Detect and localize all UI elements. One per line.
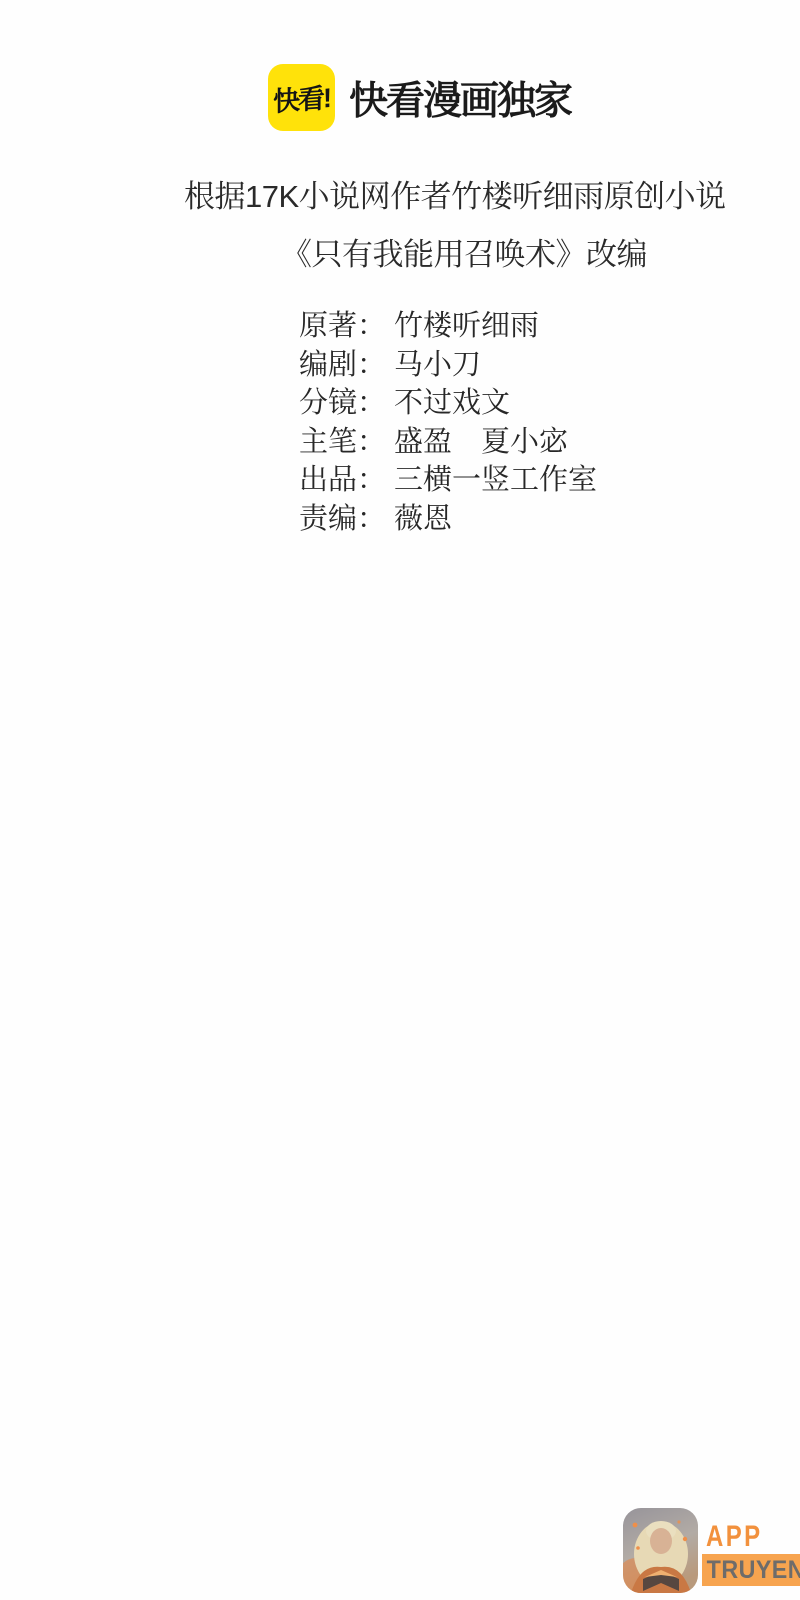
credit-value: 马小刀 [394, 342, 481, 383]
credit-label: 编剧： [299, 342, 386, 383]
credit-value: 不过戏文 [394, 380, 510, 421]
kuaikan-logo-text: 快看! [273, 76, 330, 119]
kuaikan-logo-icon: 快看! [268, 64, 335, 131]
credit-label: 分镜： [299, 380, 386, 421]
credit-value: 薇恩 [394, 496, 452, 537]
credit-row-editor: 责编： 薇恩 [299, 496, 597, 535]
credit-value: 三横一竖工作室 [394, 457, 597, 498]
credits-list: 原著： 竹楼听细雨 编剧： 马小刀 分镜： 不过戏文 主笔： 盛盈 夏小宓 出品… [299, 303, 597, 534]
watermark-app-text: APP [706, 1520, 763, 1554]
credit-label: 原著： [299, 303, 386, 344]
credit-row-original-author: 原著： 竹楼听细雨 [299, 303, 597, 342]
credit-row-storyboard: 分镜： 不过戏文 [299, 380, 597, 419]
credit-label: 出品： [299, 457, 386, 498]
credit-label: 责编： [299, 496, 386, 537]
brand-header: 快看! 快看漫画独家 [268, 64, 571, 131]
credit-value: 竹楼听细雨 [394, 303, 539, 344]
credit-row-producer: 出品： 三横一竖工作室 [299, 457, 597, 496]
brand-title: 快看漫画独家 [349, 70, 571, 126]
credit-label: 主笔： [299, 419, 386, 460]
watermark-reading-character-icon [623, 1508, 698, 1593]
adaptation-source-line: 根据17K小说网作者竹楼听细雨原创小说 [184, 171, 726, 216]
credit-row-lead-artist: 主笔： 盛盈 夏小宓 [299, 419, 597, 458]
adaptation-title-line: 《只有我能用召唤术》改编 [281, 229, 647, 274]
credit-value: 盛盈 夏小宓 [394, 419, 568, 460]
credit-row-screenwriter: 编剧： 马小刀 [299, 342, 597, 381]
watermark-truyen-badge: TRUYEN [702, 1554, 800, 1586]
